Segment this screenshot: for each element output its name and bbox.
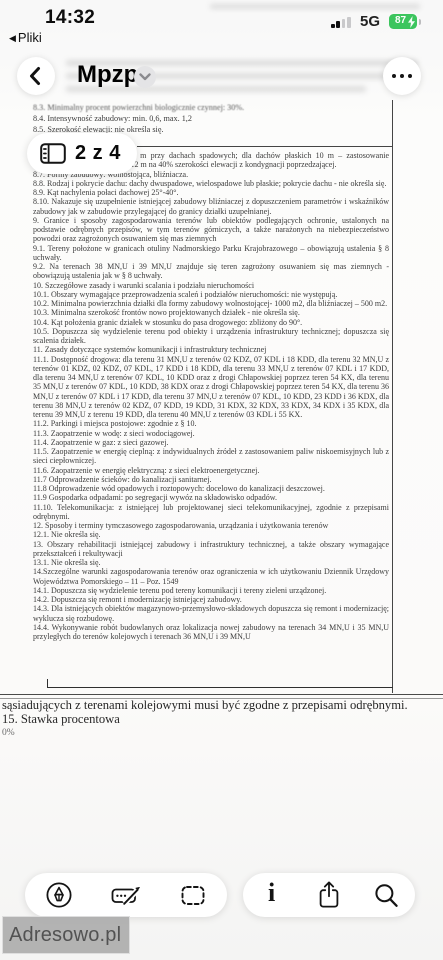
- page-thumbnails-icon: [40, 143, 66, 164]
- scan-paragraph: 12.1. Nie określa się.: [33, 530, 389, 539]
- scan-paragraph: 10.4. Kąt położenia granic działek w sto…: [33, 318, 389, 327]
- toolbar-left-group: [25, 873, 227, 917]
- scan-paragraph: 11.10. Telekomunikacja: z istniejącej lu…: [33, 503, 389, 522]
- markup-pen-icon: [44, 880, 74, 910]
- next-page-line: 15. Stawka procentowa: [2, 713, 442, 727]
- scan-paragraph: 8.10. Nakazuje się uzupełnienie istnieją…: [33, 197, 389, 216]
- scan-paragraph: 13. Obszary rehabilitacji istniejącej za…: [33, 540, 389, 559]
- scan-paragraph: 11. Zasady dotyczące systemów komunikacj…: [33, 345, 389, 354]
- scan-paragraph: 10.1. Obszary wymagające przeprowadzenia…: [33, 290, 389, 299]
- share-icon: [314, 879, 344, 911]
- search-button[interactable]: [364, 873, 408, 917]
- search-icon: [371, 880, 401, 910]
- ellipsis-icon: [392, 74, 412, 78]
- scan-paragraph: 14.1. Dopuszcza się wydzielenie terenu p…: [33, 586, 389, 595]
- scan-frame-bottom-border: [47, 687, 393, 688]
- scan-line: 8.4. Intensywność zabudowy: min. 0,6, ma…: [33, 113, 389, 124]
- back-button[interactable]: [17, 57, 55, 95]
- next-page-line: sąsiadujących z terenami kolejowymi musi…: [2, 699, 442, 713]
- scan-paragraph: 14.4. Wykonywanie robót budowlanych oraz…: [33, 623, 389, 642]
- scan-paragraph: 10.3. Minimalna szerokość frontów nowo p…: [33, 308, 389, 317]
- chevron-down-icon: [139, 73, 151, 81]
- charging-bolt-icon: [407, 16, 416, 28]
- share-button[interactable]: [307, 873, 351, 917]
- battery-icon: 87: [389, 14, 423, 29]
- scan-paragraph: 11.8 Odprowadzenie wód opadowych i rozto…: [33, 484, 389, 493]
- clock: 14:32: [45, 7, 95, 29]
- cellular-signal-icon: [331, 16, 353, 28]
- more-options-button[interactable]: [383, 57, 421, 95]
- scan-frame-top-border: [137, 146, 392, 147]
- chevron-left-icon: [25, 65, 47, 87]
- scan-paragraph: 11.6. Zaopatrzenie w energię elektryczną…: [33, 466, 389, 475]
- scan-paragraph: 11.7 Odprowadzenie ścieków: do kanalizac…: [33, 475, 389, 484]
- scan-paragraph: 9. Granice i sposoby zagospodarowania te…: [33, 216, 389, 244]
- scan-paragraph: 11.4. Zaopatrzenie w gaz: z sieci gazowe…: [33, 438, 389, 447]
- status-bar: 14:32 ◀Pliki 5G 87: [0, 0, 443, 54]
- scan-paragraph: 8.9. Kąt nachylenia połaci dachowej 25°-…: [33, 188, 389, 197]
- scan-paragraph: 14.Szczególne warunki zagospodarowania t…: [33, 567, 389, 586]
- scan-paragraph: 11.3. Zaopatrzenie w wodę: z sieci wodoc…: [33, 429, 389, 438]
- scan-previous-section: 8.3. Minimalny procent powierzchni biolo…: [33, 102, 389, 135]
- title-menu-button[interactable]: [134, 66, 156, 88]
- scan-frame-right-border: [392, 100, 393, 693]
- info-icon: i: [268, 880, 275, 906]
- watermark-text: Adresowo.pl: [9, 924, 121, 947]
- select-area-button[interactable]: [171, 873, 215, 917]
- signature-button[interactable]: [104, 873, 148, 917]
- scan-paragraph: 10.5. Dopuszcza się wydzielenie terenu p…: [33, 327, 389, 346]
- markup-button[interactable]: [37, 873, 81, 917]
- scan-paragraph: 12. Sposoby i terminy tymczasowego zagos…: [33, 521, 389, 530]
- signature-icon: [110, 880, 142, 910]
- network-type-label: 5G: [360, 13, 380, 30]
- back-triangle-icon: ◀: [9, 33, 16, 43]
- scan-paragraph: 14.2. Dopuszcza się remont i modernizacj…: [33, 595, 389, 604]
- info-button[interactable]: i: [250, 873, 294, 917]
- scan-paragraph: 10.2. Minimalna powierzchnia działki dla…: [33, 299, 389, 308]
- scan-paragraph: 9.1. Tereny położone w granicach otuliny…: [33, 244, 389, 263]
- scan-text-block: 12 m przy dachach spadowych; dla dachów …: [33, 151, 389, 641]
- scan-line: 8.3. Minimalny procent powierzchni biolo…: [33, 102, 389, 113]
- selection-icon: [178, 880, 208, 910]
- scan-paragraph: 11.1. Dostępność drogowa: dla terenu 31 …: [33, 355, 389, 420]
- back-to-app-button[interactable]: ◀Pliki: [9, 30, 42, 45]
- scan-paragraph: 14.3. Dla istniejących obiektów magazyno…: [33, 604, 389, 623]
- page-indicator-button[interactable]: 2 z 4: [27, 133, 137, 174]
- scan-paragraph: 9.2. Na terenach 38 MN,U i 39 MN,U znajd…: [33, 262, 389, 281]
- scan-paragraph: 8.8. Rodzaj i pokrycie dachu: dachy dwus…: [33, 179, 389, 188]
- scan-paragraph: 11.2. Parkingi i miejsca postojowe: zgod…: [33, 419, 389, 428]
- scan-paragraph: 13.1. Nie określa się.: [33, 558, 389, 567]
- scan-paragraph: 11.5. Zaopatrzenie w energię cieplną: z …: [33, 447, 389, 466]
- scan-paragraph: 10. Szczegółowe zasady i warunki scalani…: [33, 281, 389, 290]
- back-app-label: Pliki: [18, 30, 42, 45]
- next-page-line: 0%: [2, 727, 442, 739]
- document-title: Mpzp: [77, 61, 138, 89]
- page-indicator-label: 2 z 4: [75, 142, 121, 165]
- next-page-text: sąsiadujących z terenami kolejowymi musi…: [2, 699, 442, 739]
- toolbar-right-group: i: [243, 873, 415, 917]
- scan-paragraph: 11.9 Gospodarka odpadami: po segregacji …: [33, 493, 389, 502]
- watermark: Adresowo.pl: [2, 916, 130, 954]
